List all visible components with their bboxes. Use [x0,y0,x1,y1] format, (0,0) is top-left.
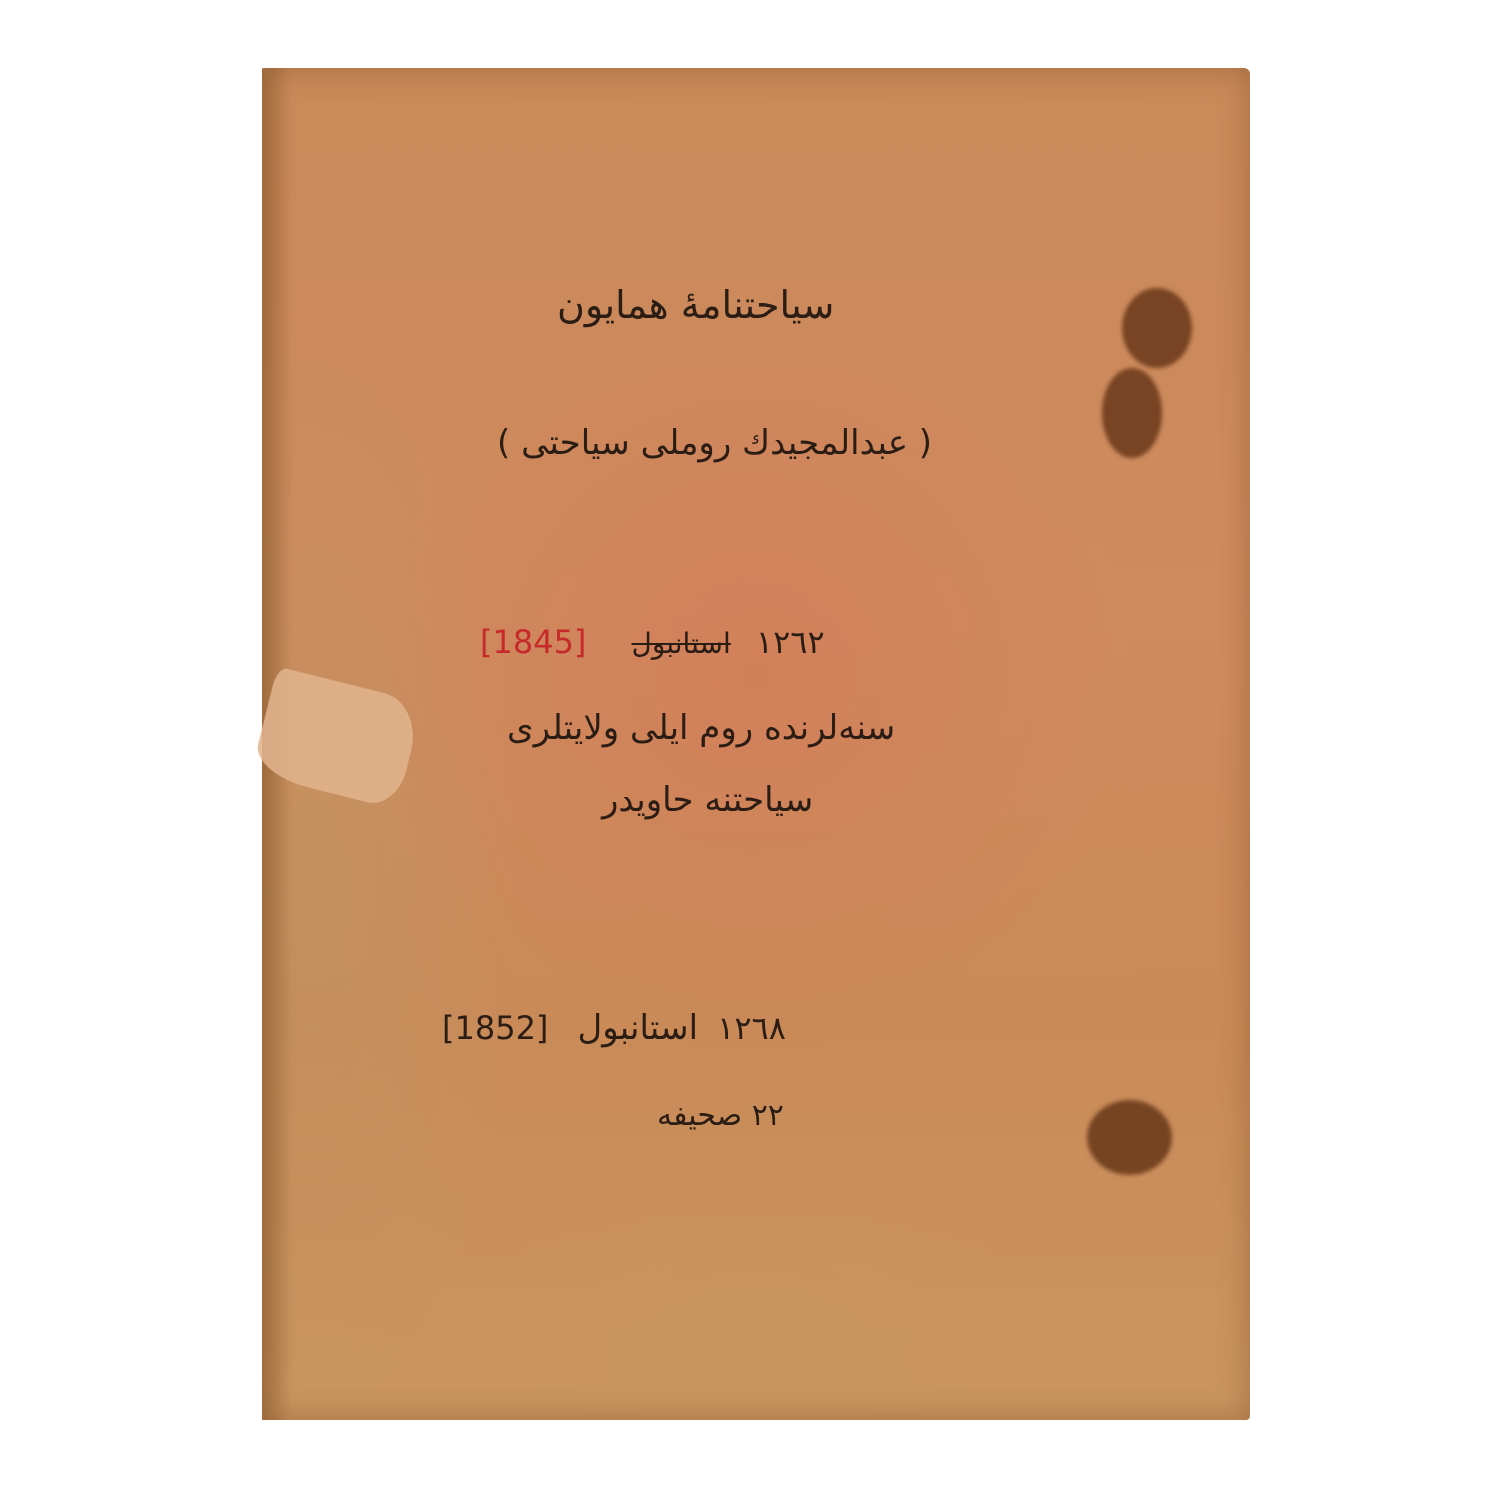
description-line-2: سیاحتنه حاویدر [602,780,813,820]
place-date-line: [1852] ١٢٦٨ استانبول [442,1008,786,1048]
hijri-date-1268: ١٢٦٨ [717,1009,786,1047]
gregorian-date-1845: [1845] [480,623,586,661]
stain-top-right-1 [1122,288,1192,368]
stain-top-right-2 [1102,368,1162,458]
gregorian-date-bracket: [1852] [442,1009,548,1047]
crossed-out-word: استانبول [632,627,731,660]
stain-bottom-right [1087,1100,1172,1175]
date-line: [1845] ١٢٦٢ استانبول [480,623,825,661]
page-count: ٢٢ صحیفه [657,1098,784,1133]
hijri-date-1262: ١٢٦٢ [756,623,825,661]
place-istanbul: استانبول [578,1008,699,1048]
title: سیاحتنامهٔ همایون [557,283,834,327]
manuscript-cover: سیاحتنامهٔ همایون ( عبدالمجیدك روملی سیا… [262,68,1250,1420]
subtitle: ( عبدالمجیدك روملی سیاحتی ) [497,423,932,463]
description-line-1: سنه‌لرنده روم ایلی ولایتلری [507,708,895,748]
